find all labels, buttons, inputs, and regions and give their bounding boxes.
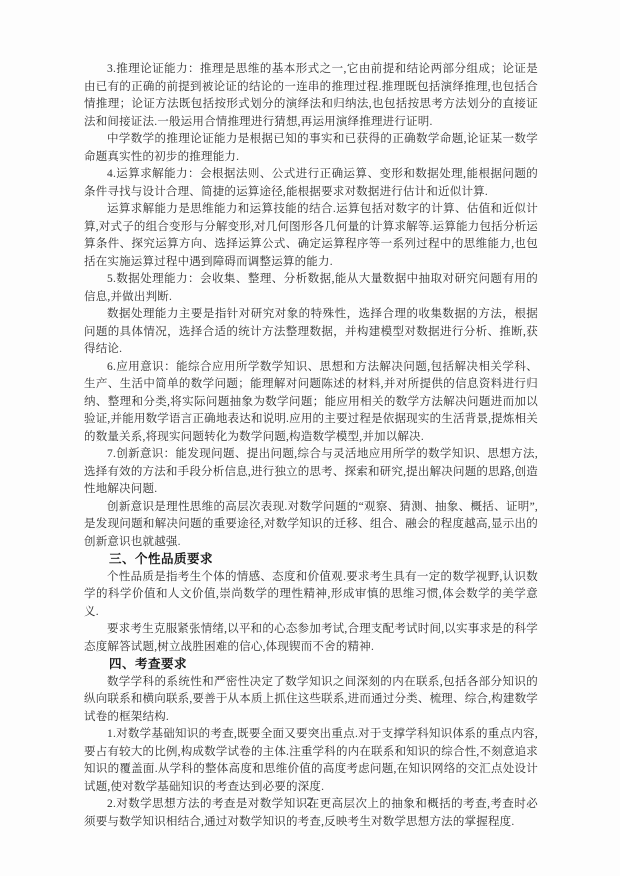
paragraph-reasoning-ability-summary: 中学数学的推理论证能力是根据已知的事实和已获得的正确数学命题,论证某一数学命题真… [84,131,538,166]
section-heading-examination-requirements: 四、考查要求 [84,656,538,674]
paragraph-innovation-awareness: 7.创新意识：能发现问题、提出问题,综合与灵活地应用所学的数学知识、思想方法,选… [84,446,538,499]
document-body: 3.推理论证能力：推理是思维的基本形式之一,它由前提和结论两部分组成；论证是由已… [84,61,538,831]
paragraph-innovation-awareness-detail: 创新意识是理性思维的高层次表现.对数学问题的“观察、猜测、抽象、概括、证明”,是… [84,499,538,552]
paragraph-basic-knowledge-examination: 1.对数学基础知识的考查,既要全面又要突出重点.对于支撑学科知识体系的重点内容,… [84,726,538,796]
paragraph-data-processing-detail: 数据处理能力主要是指针对研究对象的特殊性，选择合理的收集数据的方法，根据问题的具… [84,306,538,359]
page-number: 2 [0,795,620,809]
paragraph-computation-ability-detail: 运算求解能力是思维能力和运算技能的结合.运算包括对数字的计算、估值和近似计算,对… [84,201,538,271]
paragraph-computation-ability: 4.运算求解能力：会根据法则、公式进行正确运算、变形和数据处理,能根据问题的条件… [84,166,538,201]
section-heading-personality-quality: 三、个性品质要求 [84,551,538,569]
paragraph-knowledge-connections: 数学学科的系统性和严密性决定了数学知识之间深刻的内在联系,包括各部分知识的纵向联… [84,674,538,727]
paragraph-exam-attitude: 要求考生克服紧张情绪,以平和的心态参加考试,合理支配考试时间,以实事求是的科学态… [84,621,538,656]
paragraph-data-processing-ability: 5.数据处理能力：会收集、整理、分析数据,能从大量数据中抽取对研究问题有用的信息… [84,271,538,306]
paragraph-application-awareness: 6.应用意识：能综合应用所学数学知识、思想和方法解决问题,包括解决相关学科、生产… [84,359,538,447]
document-page: 3.推理论证能力：推理是思维的基本形式之一,它由前提和结论两部分组成；论证是由已… [0,0,620,876]
paragraph-reasoning-ability: 3.推理论证能力：推理是思维的基本形式之一,它由前提和结论两部分组成；论证是由已… [84,61,538,131]
paragraph-personality-quality: 个性品质是指考生个体的情感、态度和价值观.要求考生具有一定的数学视野,认识数学的… [84,569,538,622]
